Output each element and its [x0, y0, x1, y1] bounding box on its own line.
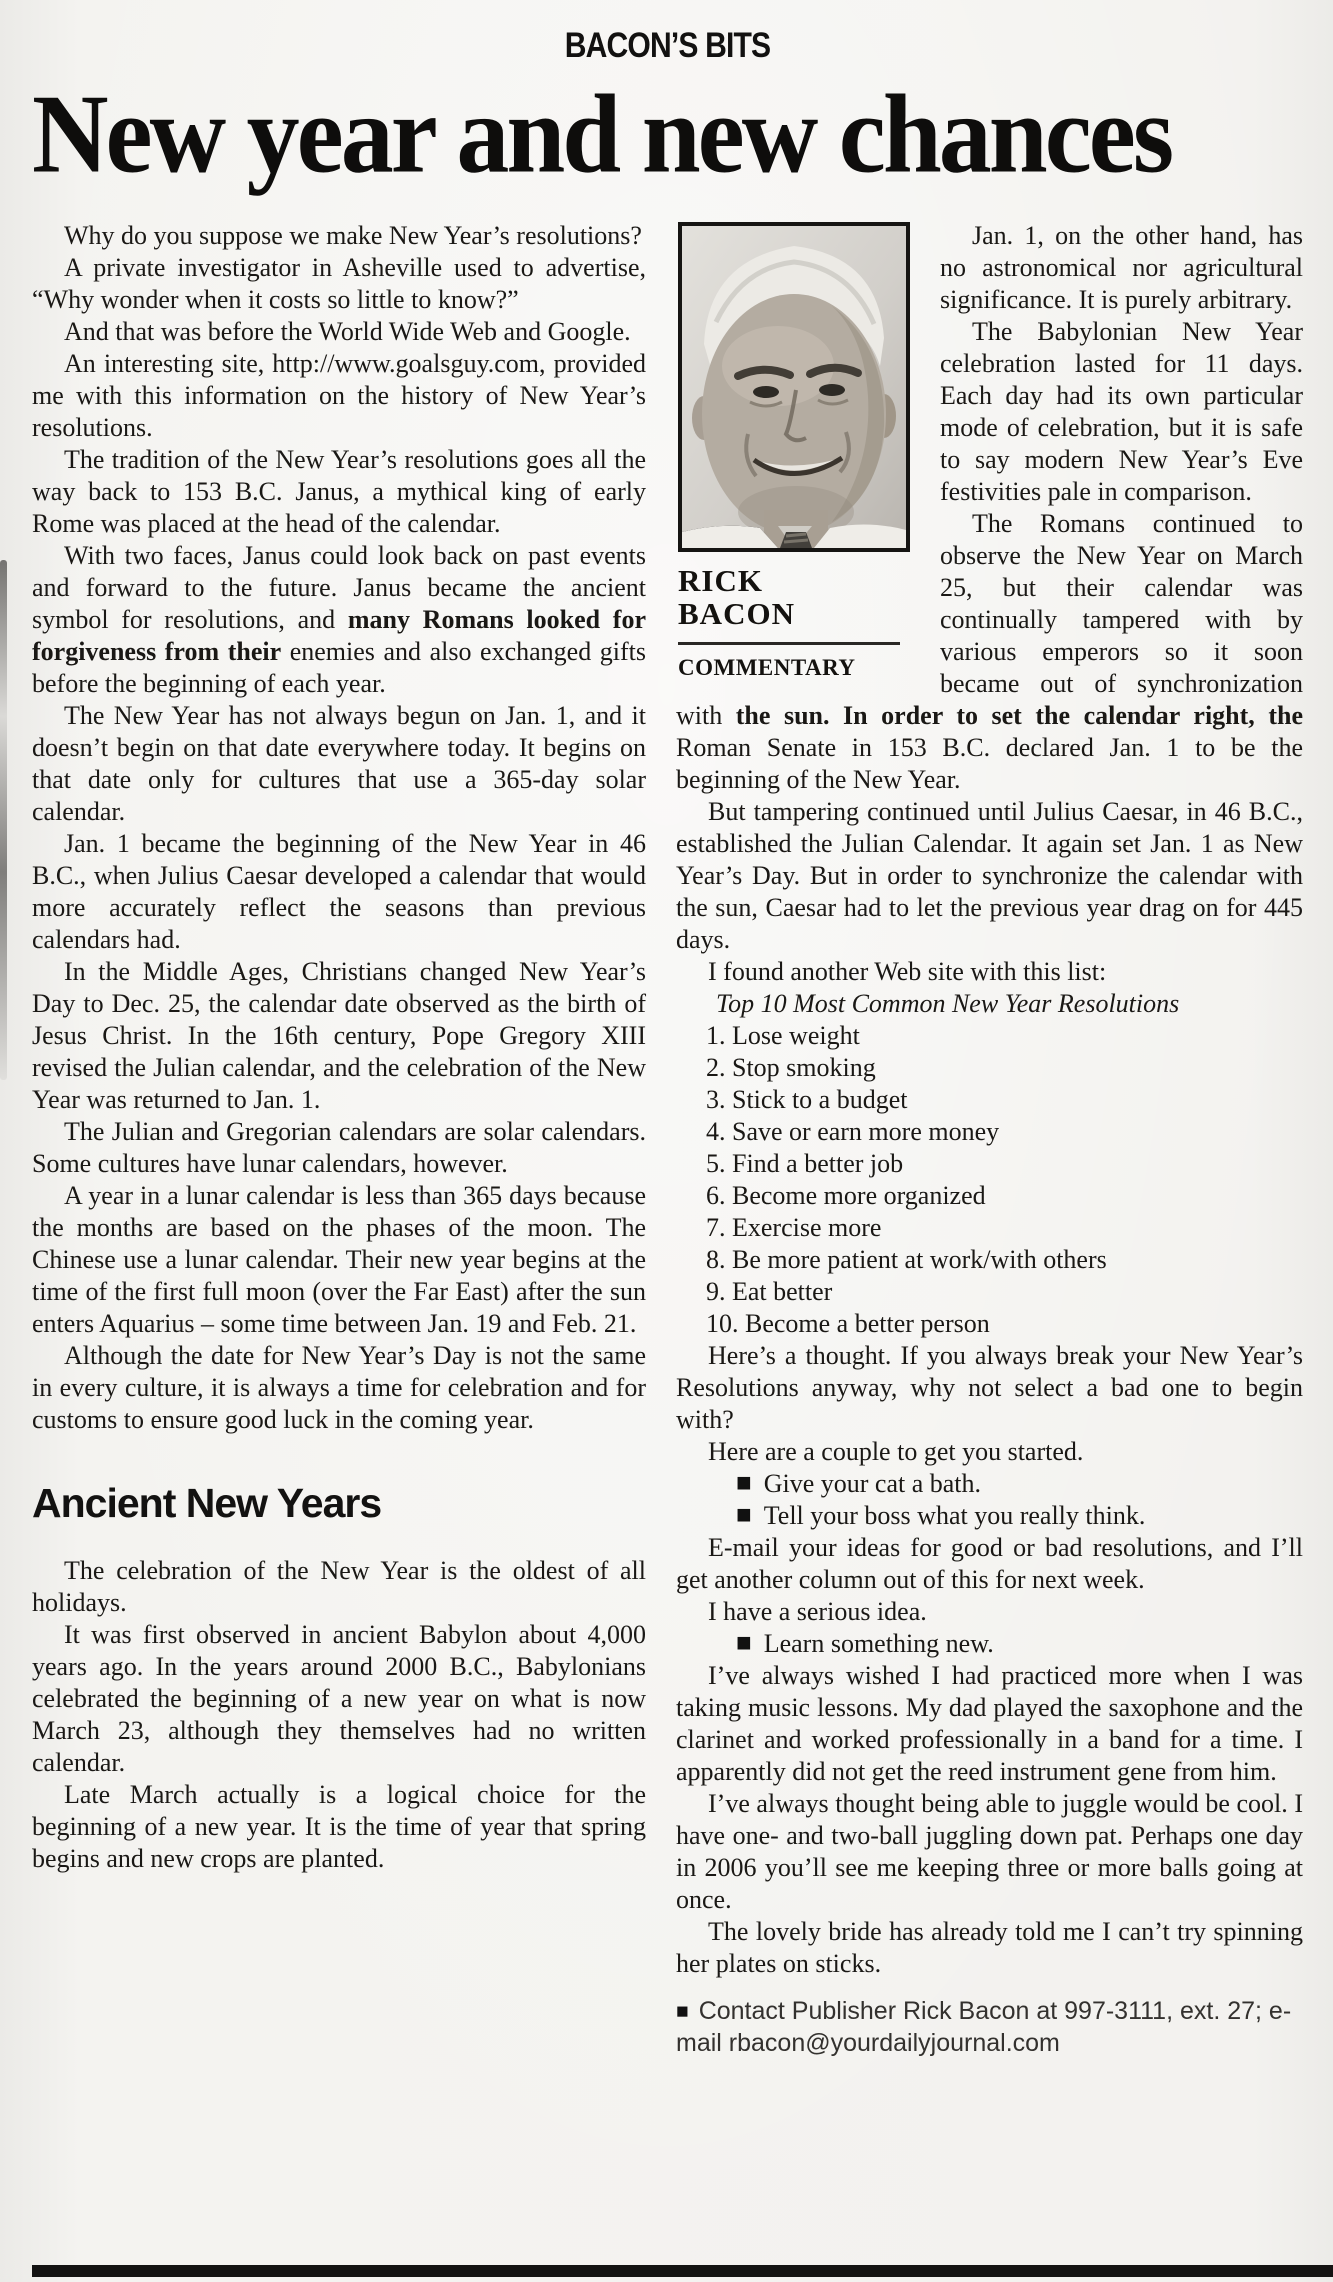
bullet-item: ■Learn something new. [676, 1628, 1303, 1660]
paragraph: Jan. 1 became the beginning of the New Y… [32, 828, 646, 956]
paragraph: And that was before the World Wide Web a… [32, 316, 646, 348]
paragraph: The Julian and Gregorian calendars are s… [32, 1116, 646, 1180]
author-credit-name: RICK BACON [678, 564, 916, 630]
paragraph: I’ve always wished I had practiced more … [676, 1660, 1303, 1788]
paragraph: Although the date for New Year’s Day is … [32, 1340, 646, 1436]
square-bullet-icon: ■ [706, 1499, 752, 1531]
list-item: 3. Stick to a budget [676, 1084, 1303, 1116]
paragraph: A year in a lunar calendar is less than … [32, 1180, 646, 1340]
paragraph: The tradition of the New Year’s resoluti… [32, 444, 646, 540]
paragraph: But tampering continued until Julius Cae… [676, 796, 1303, 956]
scan-edge-artifact [0, 560, 7, 1080]
paragraph: It was first observed in ancient Babylon… [32, 1619, 646, 1779]
list-item: 10. Become a better person [676, 1308, 1303, 1340]
paragraph: In the Middle Ages, Christians changed N… [32, 956, 646, 1116]
paragraph: A private investigator in Asheville used… [32, 252, 646, 316]
left-column: Why do you suppose we make New Year’s re… [32, 220, 646, 1875]
author-photo-block: RICK BACON COMMENTARY [676, 222, 916, 681]
square-bullet-icon: ■ [706, 1627, 752, 1659]
author-photo [678, 222, 910, 552]
newspaper-page: BACON’S BITS New year and new chances Wh… [0, 0, 1333, 2084]
paragraph: The New Year has not always begun on Jan… [32, 700, 646, 828]
list-title: Top 10 Most Common New Year Resolutions [676, 988, 1303, 1020]
bottom-rule [32, 2265, 1333, 2277]
paragraph: I found another Web site with this list: [676, 956, 1303, 988]
paragraph: Why do you suppose we make New Year’s re… [32, 220, 646, 252]
paragraph: Here’s a thought. If you always break yo… [676, 1340, 1303, 1436]
list-item: 2. Stop smoking [676, 1052, 1303, 1084]
list-item: 8. Be more patient at work/with others [676, 1244, 1303, 1276]
paragraph: An interesting site, http://www.goalsguy… [32, 348, 646, 444]
list-item: 1. Lose weight [676, 1020, 1303, 1052]
square-bullet-icon: ■ [706, 1467, 752, 1499]
bullet-item: ■Give your cat a bath. [676, 1468, 1303, 1500]
paragraph: With two faces, Janus could look back on… [32, 540, 646, 700]
article-columns: Why do you suppose we make New Year’s re… [32, 220, 1303, 2084]
bullet-item: ■Tell your boss what you really think. [676, 1500, 1303, 1532]
list-item: 9. Eat better [676, 1276, 1303, 1308]
paragraph: I have a serious idea. [676, 1596, 1303, 1628]
paragraph: E-mail your ideas for good or bad resolu… [676, 1532, 1303, 1596]
headline: New year and new chances [32, 76, 1303, 193]
author-credit-last: BACON [678, 597, 916, 630]
column-kicker: BACON’S BITS [121, 26, 1214, 66]
paragraph: Here are a couple to get you started. [676, 1436, 1303, 1468]
section-heading: Ancient New Years [32, 1480, 646, 1527]
contact-text: Contact Publisher Rick Bacon at 997-3111… [676, 1997, 1291, 2057]
paragraph: Late March actually is a logical choice … [32, 1779, 646, 1875]
credit-divider [678, 642, 900, 645]
paragraph: I’ve always thought being able to juggle… [676, 1788, 1303, 1916]
square-bullet-icon: ■ [676, 1996, 689, 2027]
author-credit-first: RICK [678, 564, 916, 597]
list-item: 5. Find a better job [676, 1148, 1303, 1180]
paragraph: The lovely bride has already told me I c… [676, 1916, 1303, 1980]
paragraph: The celebration of the New Year is the o… [32, 1555, 646, 1619]
list-item: 6. Become more organized [676, 1180, 1303, 1212]
list-item: 4. Save or earn more money [676, 1116, 1303, 1148]
contact-note: ■Contact Publisher Rick Bacon at 997-311… [676, 1996, 1303, 2059]
author-credit-role: COMMENTARY [678, 655, 916, 681]
list-item: 7. Exercise more [676, 1212, 1303, 1244]
right-column: RICK BACON COMMENTARY Jan. 1, on the oth… [676, 220, 1303, 2084]
portrait-illustration [682, 226, 906, 548]
